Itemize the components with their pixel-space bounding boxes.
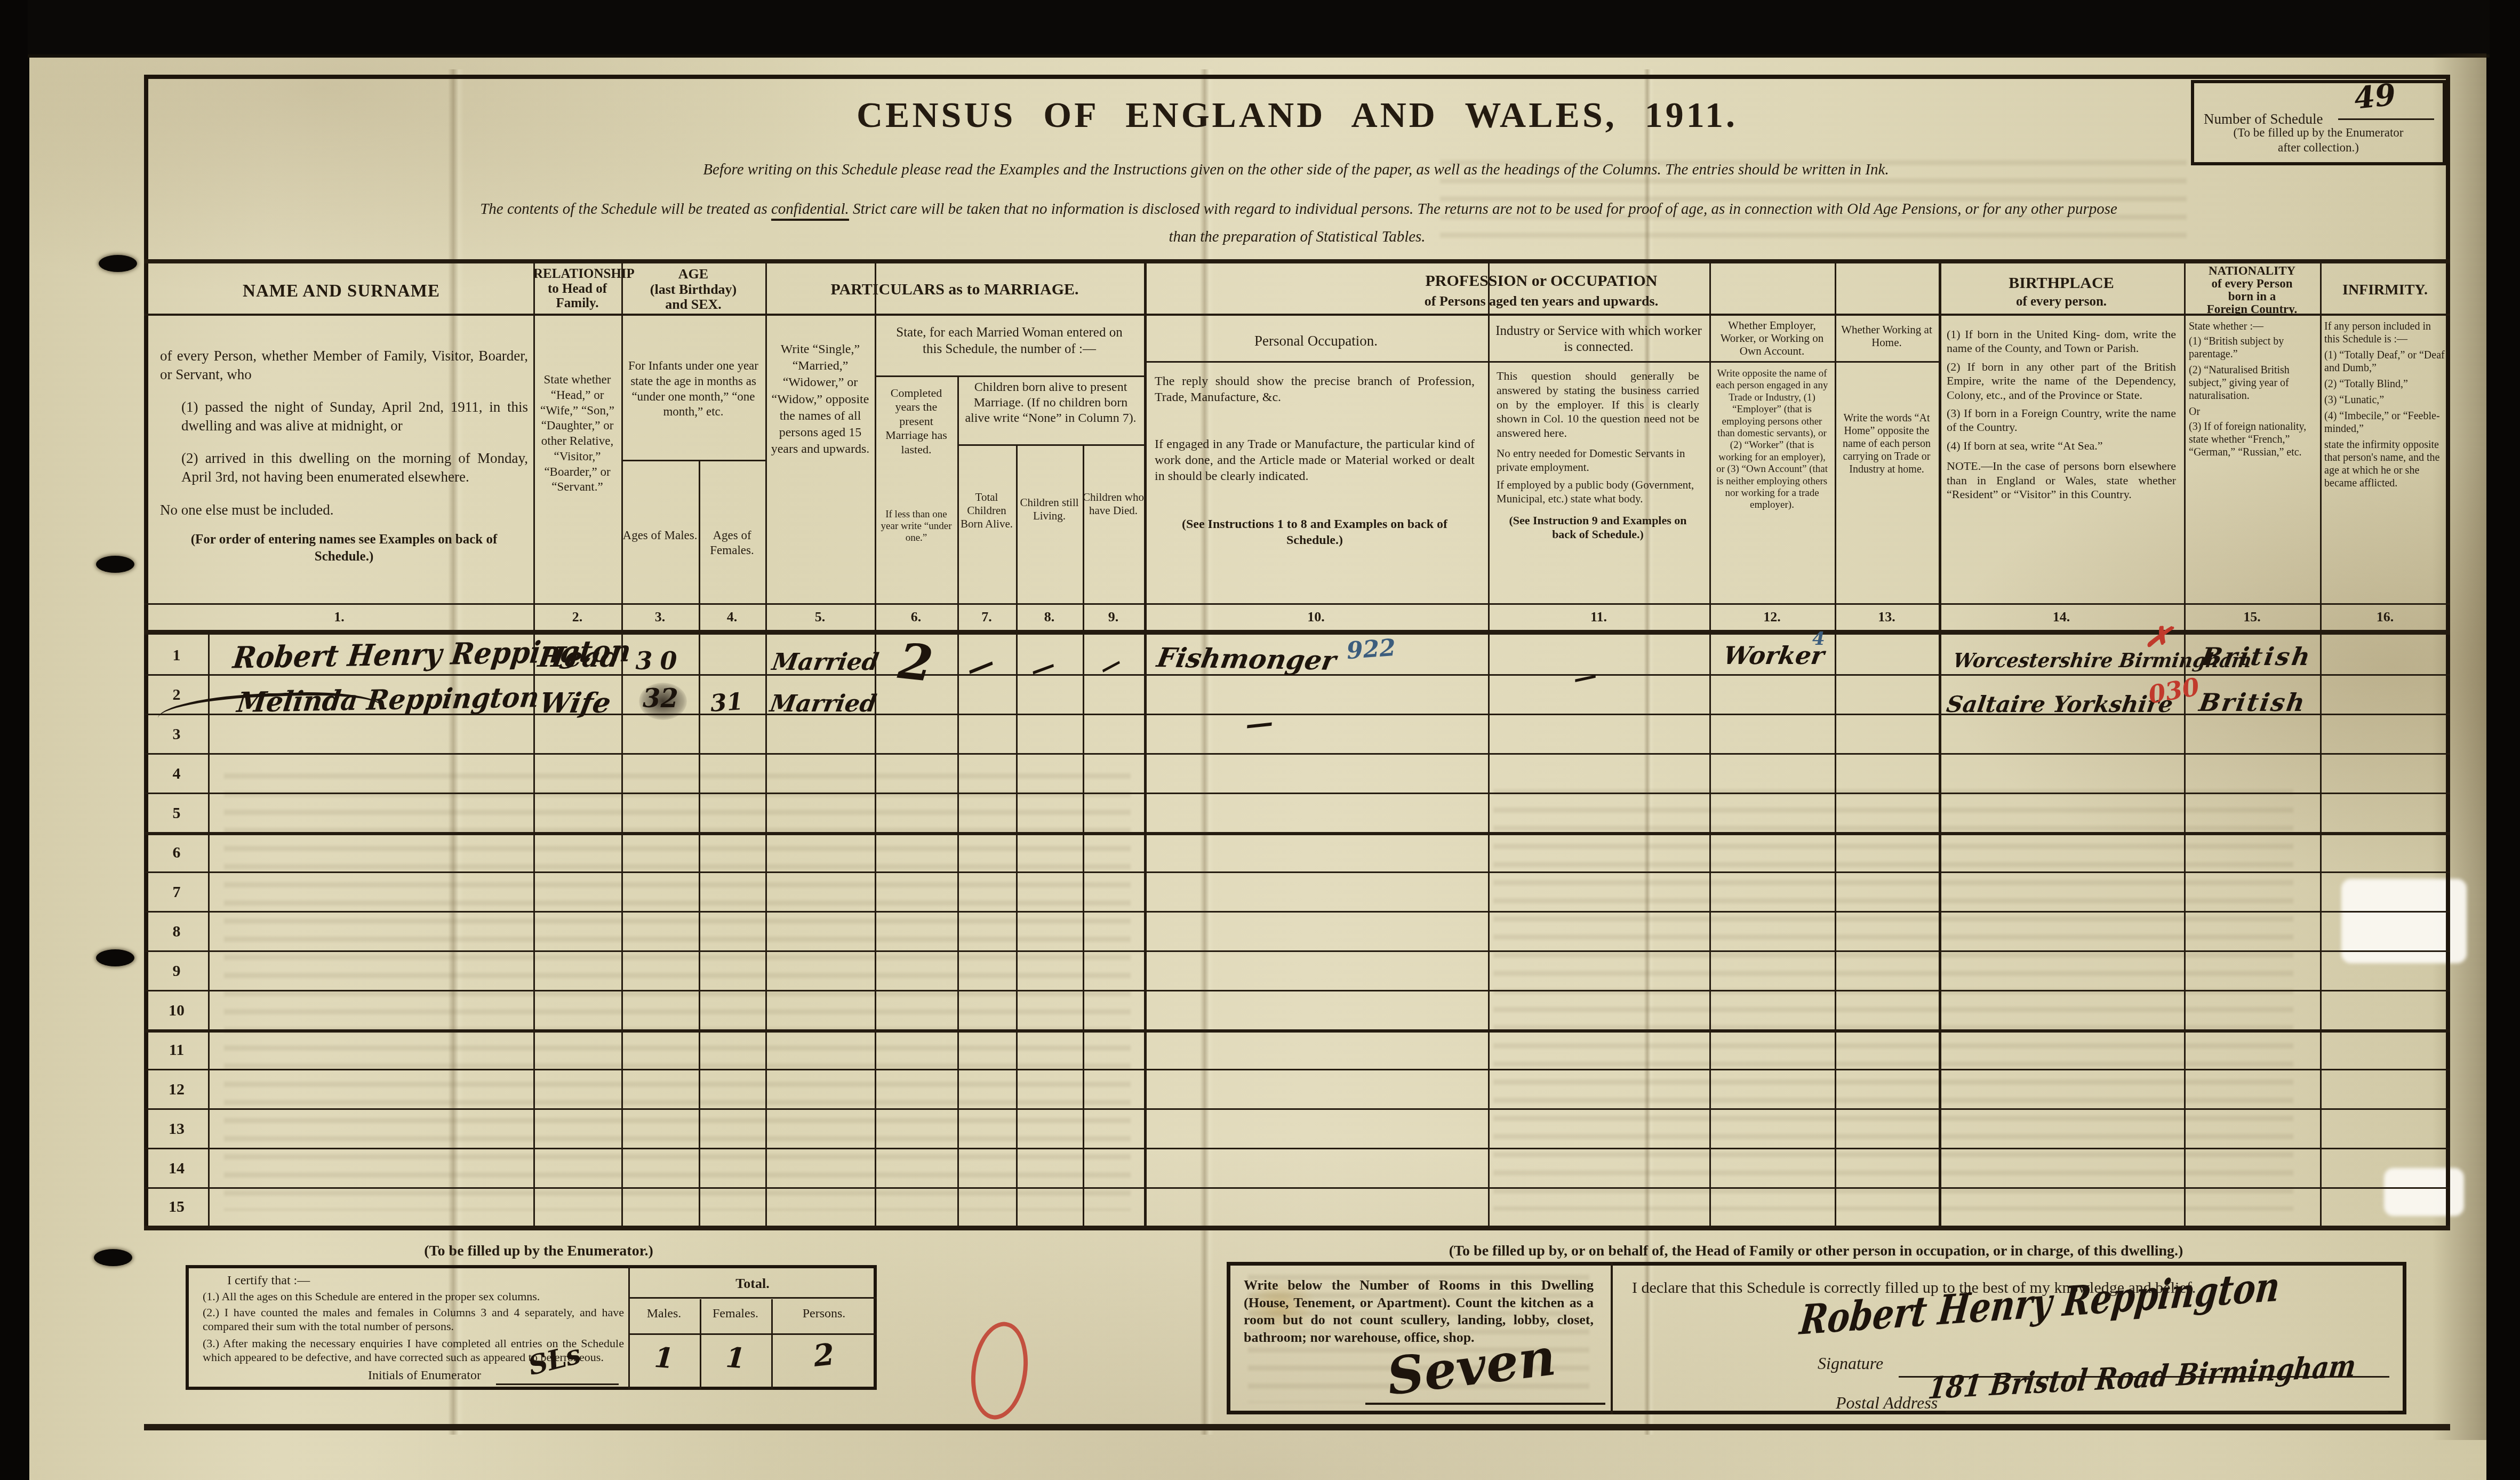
col14-desc-3: (3) If born in a Foreign Country, write … bbox=[1947, 406, 2176, 435]
enumerator-initials-line bbox=[496, 1383, 619, 1385]
persons-label: Persons. bbox=[771, 1307, 877, 1321]
column-rule bbox=[1083, 444, 1084, 1229]
col-name-title: NAME AND SURNAME bbox=[155, 282, 528, 301]
col16-desc: If any person included in this Schedule … bbox=[2324, 320, 2446, 490]
record-age-females: 31 bbox=[709, 688, 744, 717]
row-line bbox=[145, 990, 2450, 991]
col-number-1: 1. bbox=[145, 609, 533, 625]
record-name: Melinda Reppington bbox=[235, 681, 541, 719]
column-rule bbox=[533, 261, 535, 1229]
col-nationality-title: NATIONALITY of every Person born in a Fo… bbox=[2184, 265, 2320, 316]
col16-desc-5: state the infirmity opposite that person… bbox=[2324, 438, 2446, 490]
record-nationality: British bbox=[2197, 688, 2308, 717]
record-age-males: 30 bbox=[624, 646, 696, 675]
col15-desc-2: (2) “Naturalised British subject,” givin… bbox=[2189, 364, 2316, 402]
masthead-instruction-3: than the preparation of Statistical Tabl… bbox=[144, 228, 2450, 246]
enumerator-heading: (To be filled up by the Enumerator.) bbox=[213, 1243, 864, 1260]
col-number-2: 2. bbox=[533, 609, 621, 625]
col-number-13: 13. bbox=[1835, 609, 1939, 625]
ink-blot bbox=[639, 683, 687, 720]
col-nationality-title-3: born in a bbox=[2184, 290, 2320, 303]
punch-hole bbox=[96, 949, 134, 966]
col12-desc: Write opposite the name of each person e… bbox=[1713, 368, 1831, 511]
col14-desc-1: (1) If born in the United King- dom, wri… bbox=[1947, 327, 2176, 356]
col-age-title-3: and SEX. bbox=[621, 297, 765, 313]
col7-desc: Total Children Born Alive. bbox=[957, 491, 1016, 531]
row-line bbox=[145, 950, 2450, 952]
col-number-12: 12. bbox=[1709, 609, 1835, 625]
col-age-title-2: (last Birthday) bbox=[621, 282, 765, 298]
column-rule bbox=[621, 261, 623, 1229]
column-rule bbox=[1488, 261, 1490, 1229]
column-rule bbox=[2184, 261, 2186, 1229]
total-label: Total. bbox=[628, 1276, 877, 1292]
record-employment-code: 4 bbox=[1812, 628, 1825, 650]
col16-desc-3: (3) “Lunatic,” bbox=[2324, 394, 2446, 406]
scan-edge-left bbox=[0, 0, 29, 1480]
name-desc-intro: of every Person, whether Member of Famil… bbox=[160, 347, 528, 384]
col14-desc: (1) If born in the United King- dom, wri… bbox=[1947, 327, 2176, 501]
enumerator-initials-label: Initials of Enumerator bbox=[368, 1369, 481, 1383]
rule bbox=[1144, 361, 1939, 363]
postal-address-label: Postal Address bbox=[1836, 1393, 1938, 1413]
name-desc-2: (2) arrived in this dwelling on the morn… bbox=[160, 449, 528, 486]
col-nationality-title-1: NATIONALITY bbox=[2184, 265, 2320, 277]
rooms-underline bbox=[1365, 1403, 1605, 1405]
col12-title: Whether Employer, Worker, or Working on … bbox=[1712, 319, 1832, 357]
col-name-desc: of every Person, whether Member of Famil… bbox=[160, 347, 528, 566]
column-rule bbox=[1144, 261, 1147, 1229]
column-rule bbox=[1835, 261, 1836, 1229]
table-bottom-rule bbox=[144, 1226, 2450, 1230]
col-nationality-title-4: Foreign Country. bbox=[2184, 303, 2320, 316]
row-number: 11 bbox=[145, 1041, 208, 1059]
record-occupation-dash: — bbox=[1244, 706, 1275, 741]
row-number: 9 bbox=[145, 962, 208, 980]
confidential-underlined: confidential. bbox=[771, 201, 849, 221]
enumerator-item-1: (1.) All the ages on this Schedule are e… bbox=[203, 1290, 624, 1303]
row-line bbox=[145, 793, 2450, 794]
row-number: 12 bbox=[145, 1081, 208, 1099]
scan-edge-right bbox=[2486, 0, 2520, 1480]
col14-note: NOTE.—In the case of persons born elsewh… bbox=[1947, 459, 2176, 501]
rule bbox=[144, 314, 2450, 316]
col11-desc-3: If employed by a public body (Government… bbox=[1497, 478, 1699, 506]
row-line-thick bbox=[145, 832, 2450, 835]
col-age-females-label: Ages of Females. bbox=[699, 528, 765, 557]
col-age-title-1: AGE bbox=[621, 267, 765, 282]
col-number-11: 11. bbox=[1488, 609, 1709, 625]
enumerator-total-rule bbox=[628, 1333, 877, 1335]
col-infirmity-title: INFIRMITY. bbox=[2320, 282, 2450, 299]
column-rule bbox=[1016, 444, 1018, 1229]
children-header: Children born alive to present Marriage.… bbox=[963, 380, 1139, 426]
col8-desc: Children still Living. bbox=[1016, 496, 1083, 523]
col10-desc-2: If engaged in any Trade or Manufacture, … bbox=[1155, 436, 1475, 484]
declaration-divider bbox=[1611, 1262, 1613, 1414]
record-years-married: 2 bbox=[896, 632, 936, 693]
col13-title: Whether Working at Home. bbox=[1838, 323, 1935, 349]
col11-desc-2: No entry needed for Domestic Servants in… bbox=[1497, 447, 1699, 474]
col14-desc-2: (2) If born in any other part of the Bri… bbox=[1947, 360, 2176, 402]
postal-address-line bbox=[1946, 1411, 2388, 1413]
schedule-number-note-2: after collection.) bbox=[2194, 141, 2443, 155]
enumerator-item-2: (2.) I have counted the males and female… bbox=[203, 1306, 624, 1333]
column-rule bbox=[1709, 261, 1711, 1229]
rule bbox=[144, 630, 2450, 635]
col11-desc-1: This question should generally be answer… bbox=[1497, 369, 1699, 441]
col10-desc-1: The reply should show the precise branch… bbox=[1155, 373, 1475, 405]
schedule-number-note-1: (To be filled up by the Enumerator bbox=[2194, 126, 2443, 140]
col-nationality-title-2: of every Person bbox=[2184, 277, 2320, 290]
col-number-9: 9. bbox=[1083, 609, 1144, 625]
col13-desc: Write the words “At Home” opposite the n… bbox=[1841, 412, 1932, 476]
name-desc-3: No one else must be included. bbox=[160, 501, 528, 519]
males-total-value: 1 bbox=[627, 1339, 701, 1377]
row-number: 7 bbox=[145, 883, 208, 901]
col15-desc-3: Or bbox=[2189, 405, 2316, 418]
record-nationality: British bbox=[2199, 642, 2314, 671]
record-occupation: Fishmonger bbox=[1155, 642, 1339, 676]
row-line bbox=[145, 753, 2450, 755]
females-total-value: 1 bbox=[699, 1339, 772, 1377]
rule bbox=[621, 460, 765, 461]
col-number-10: 10. bbox=[1144, 609, 1488, 625]
enumerator-certify: I certify that :— bbox=[227, 1274, 310, 1288]
column-rule bbox=[765, 261, 767, 1229]
col-relationship-title-1: RELATIONSHIP bbox=[533, 267, 621, 282]
col-number-15: 15. bbox=[2184, 609, 2320, 625]
record-birthplace: Saltaire Yorkshire bbox=[1945, 691, 2175, 717]
col15-desc-1: (1) “British subject by parentage.” bbox=[2189, 335, 2316, 361]
enumerator-total-rule bbox=[628, 1297, 877, 1299]
row-number: 5 bbox=[145, 804, 208, 822]
col16-desc-2: (2) “Totally Blind,” bbox=[2324, 378, 2446, 390]
declaration-heading: (To be filled up by, or on behalf of, th… bbox=[1227, 1243, 2405, 1260]
masthead-instruction-1: Before writing on this Schedule please r… bbox=[229, 161, 2363, 179]
row-number: 8 bbox=[145, 923, 208, 941]
signature-label: Signature bbox=[1818, 1354, 1883, 1373]
record-birthplace-red-mark: ✗ bbox=[2143, 617, 2174, 657]
punch-hole bbox=[94, 1249, 132, 1266]
census-1911-schedule-scan: { "schedule_box": { "number_label": "Num… bbox=[0, 0, 2520, 1480]
col10-title: Personal Occupation. bbox=[1144, 333, 1488, 349]
row-line bbox=[145, 1187, 2450, 1189]
row-number: 4 bbox=[145, 765, 208, 783]
col-number-16: 16. bbox=[2320, 609, 2450, 625]
males-label: Males. bbox=[628, 1307, 700, 1321]
row-number: 3 bbox=[145, 725, 208, 743]
record-marriage: Married bbox=[768, 690, 878, 717]
col16-desc-1: (1) “Totally Deaf,” or “Deaf and Dumb,” bbox=[2324, 349, 2446, 374]
instruction-2-post: Strict care will be taken that no inform… bbox=[849, 201, 2117, 218]
row-number-column-rule bbox=[208, 630, 210, 1229]
row-number: 1 bbox=[145, 646, 208, 665]
row-line bbox=[145, 871, 2450, 873]
column-rule bbox=[1939, 261, 1941, 1229]
col6-desc-b: If less than one year write “under one.” bbox=[879, 509, 954, 544]
col-number-7: 7. bbox=[957, 609, 1016, 625]
group-marriage-title: PARTICULARS as to MARRIAGE. bbox=[765, 281, 1144, 299]
row-number: 6 bbox=[145, 844, 208, 862]
col11-title: Industry or Service with which worker is… bbox=[1493, 323, 1704, 355]
punch-hole bbox=[99, 255, 137, 272]
form-title: CENSUS OF ENGLAND AND WALES, 1911. bbox=[144, 94, 2450, 136]
col-birthplace-subtitle: of every person. bbox=[1939, 294, 2184, 309]
col11-desc: This question should generally be answer… bbox=[1497, 369, 1699, 542]
col16-desc-4: (4) “Imbecile,” or “Feeble-minded,” bbox=[2324, 410, 2446, 435]
col-relationship-desc: State whether “Head,” or “Wife,” “Son,” … bbox=[537, 372, 618, 495]
col6-desc-a: Completed years the present Marriage has… bbox=[879, 386, 954, 457]
name-desc-4: (For order of entering names see Example… bbox=[160, 531, 528, 566]
rule bbox=[144, 603, 2450, 605]
col-number-5: 5. bbox=[765, 609, 875, 625]
masthead-instruction-2: The contents of the Schedule will be tre… bbox=[149, 201, 2448, 218]
col5-desc: Write “Single,” “Married,” “Widower,” or… bbox=[770, 341, 871, 458]
col15-desc-0: State whether :— bbox=[2189, 320, 2316, 333]
schedule-number-value: 49 bbox=[2353, 77, 2397, 116]
females-label: Females. bbox=[700, 1307, 771, 1321]
rule bbox=[875, 375, 1144, 377]
col9-desc: Children who have Died. bbox=[1083, 491, 1144, 517]
schedule-number-line bbox=[2338, 118, 2434, 120]
col-relationship-title-2: to Head of bbox=[533, 282, 621, 297]
col11-desc-4: (See Instruction 9 and Examples on back … bbox=[1497, 514, 1699, 542]
col-number-6: 6. bbox=[875, 609, 957, 625]
column-rule bbox=[875, 261, 876, 1229]
schedule-number-label: Number of Schedule bbox=[2204, 111, 2323, 127]
column-rule bbox=[699, 460, 700, 1229]
record-marriage: Married bbox=[770, 649, 881, 676]
row-line bbox=[145, 1148, 2450, 1149]
col-age-desc: For Infants under one year state the age… bbox=[628, 358, 758, 420]
row-number: 15 bbox=[145, 1198, 208, 1216]
row-number: 10 bbox=[145, 1002, 208, 1020]
married-woman-header: State, for each Married Woman entered on… bbox=[885, 324, 1133, 358]
record-employment: Worker bbox=[1722, 641, 1827, 670]
instruction-2-pre: The contents of the Schedule will be tre… bbox=[480, 201, 771, 218]
col10-desc: The reply should show the precise branch… bbox=[1155, 373, 1475, 548]
record-relationship: Head bbox=[536, 641, 623, 674]
record-relationship: Wife bbox=[537, 687, 613, 719]
col15-desc: State whether :— (1) “British subject by… bbox=[2189, 320, 2316, 459]
rule bbox=[957, 444, 1144, 446]
row-line-thick bbox=[145, 1029, 2450, 1033]
col15-desc-4: (3) If of foreign nationality, state whe… bbox=[2189, 420, 2316, 459]
col10-desc-3: (See Instructions 1 to 8 and Examples on… bbox=[1155, 516, 1475, 548]
schedule-number-box: Number of Schedule 49 (To be filled up b… bbox=[2191, 80, 2446, 165]
row-number: 14 bbox=[145, 1159, 208, 1178]
row-number: 13 bbox=[145, 1120, 208, 1138]
column-rule bbox=[2320, 261, 2322, 1229]
col16-desc-0: If any person included in this Schedule … bbox=[2324, 320, 2446, 346]
row-line bbox=[145, 1069, 2450, 1070]
col-number-8: 8. bbox=[1016, 609, 1083, 625]
group-profession-subtitle: of Persons aged ten years and upwards. bbox=[1144, 293, 1939, 309]
col14-desc-4: (4) If born at sea, write “At Sea.” bbox=[1947, 439, 2176, 453]
col-birthplace-title: BIRTHPLACE bbox=[1939, 274, 2184, 292]
group-profession-title: PROFESSION or OCCUPATION bbox=[1144, 272, 1939, 290]
col-number-4: 4. bbox=[699, 609, 765, 625]
top-black-strip bbox=[28, 0, 2490, 58]
form-bottom-rule bbox=[144, 1424, 2450, 1430]
record-occupation-code: 922 bbox=[1346, 634, 1396, 665]
col-age-title: AGE (last Birthday) and SEX. bbox=[621, 267, 765, 313]
row-line bbox=[145, 1108, 2450, 1110]
name-desc-1: (1) passed the night of Sunday, April 2n… bbox=[160, 398, 528, 435]
rule bbox=[144, 259, 2450, 263]
row-line bbox=[145, 911, 2450, 913]
col-age-males-label: Ages of Males. bbox=[621, 528, 699, 543]
col-number-3: 3. bbox=[621, 609, 699, 625]
punch-hole bbox=[96, 556, 134, 573]
col-relationship-title: RELATIONSHIP to Head of Family. bbox=[533, 267, 621, 311]
col-relationship-title-3: Family. bbox=[533, 296, 621, 311]
